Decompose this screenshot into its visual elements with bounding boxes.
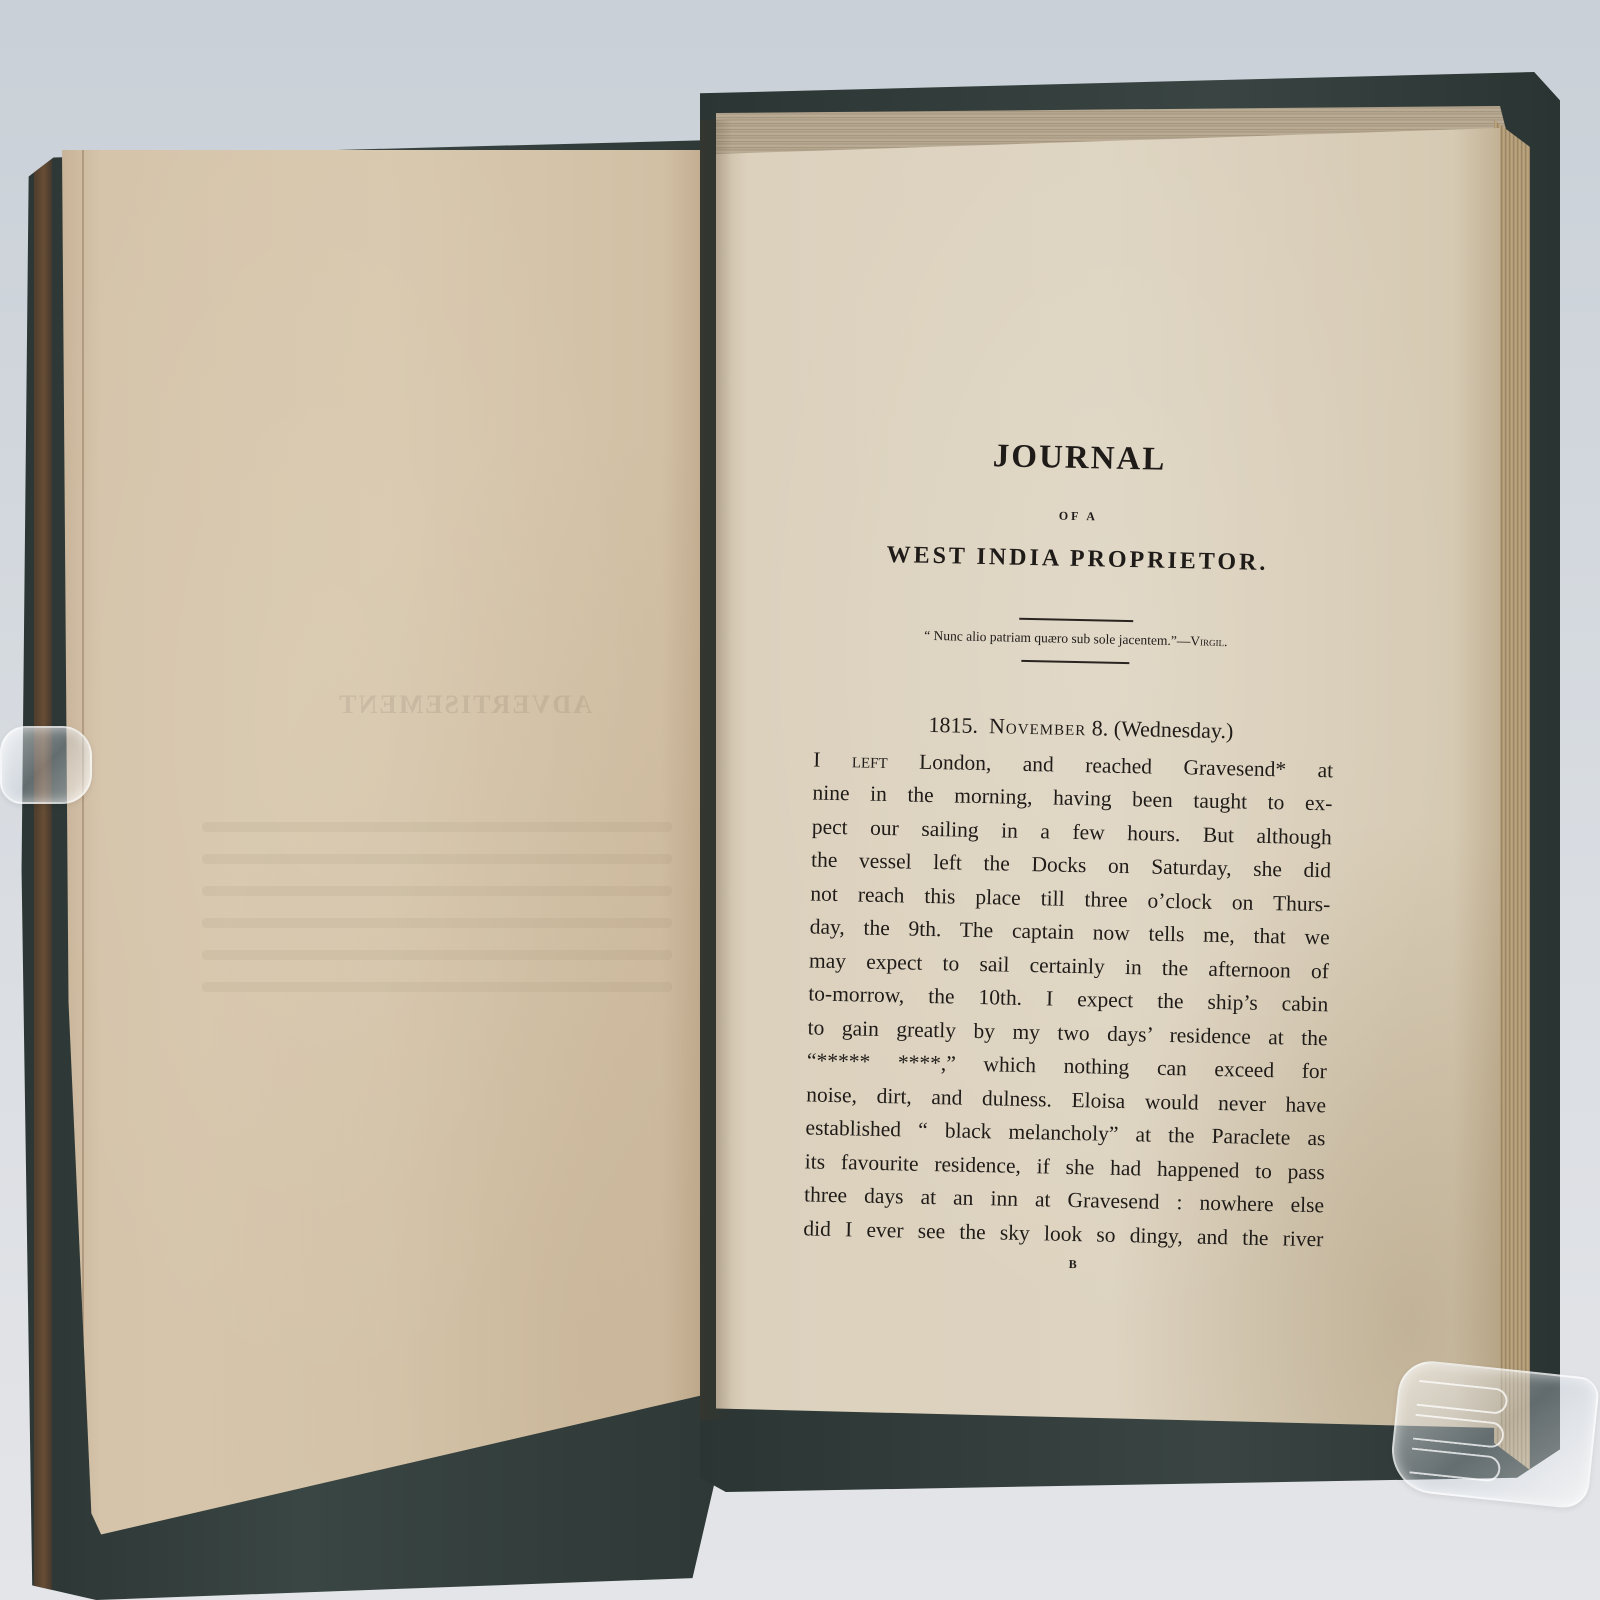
entry-year: 1815. xyxy=(928,711,978,737)
epigraph-quote: “ Nunc alio patriam quæro sub sole jacen… xyxy=(924,628,1177,648)
left-blank-page: ADVERTISEMENT xyxy=(62,150,714,1570)
show-through-lines xyxy=(202,800,672,1014)
journal-entry-body: I left London, and reached Gravesend* at… xyxy=(803,743,1333,1256)
page-clip-right xyxy=(1388,1358,1600,1510)
page-clip-left xyxy=(0,726,92,804)
show-through-text: ADVERTISEMENT xyxy=(292,690,592,720)
body-line-text: London, and reached Gravesend* at xyxy=(887,749,1333,782)
entry-weekday: (Wednesday.) xyxy=(1114,715,1234,742)
photo-scene: ADVERTISEMENT JOURNAL OF A WEST INDIA PR… xyxy=(0,0,1600,1600)
entry-heading: 1815. November 8. (Wednesday.) xyxy=(814,709,1334,746)
clip-ridge xyxy=(1417,1380,1509,1415)
epigraph: “ Nunc alio patriam quæro sub sole jacen… xyxy=(816,626,1336,653)
drop-lead-smallcaps: I left xyxy=(813,747,888,773)
gutter-shadow xyxy=(700,120,732,1420)
title-connector: OF A xyxy=(818,504,1338,530)
clip-ridge xyxy=(1409,1448,1501,1483)
epigraph-dash: — xyxy=(1177,633,1191,648)
title-rule-bottom xyxy=(1021,660,1129,664)
page-subtitle: WEST INDIA PROPRIETOR. xyxy=(817,541,1337,579)
entry-day: 8. xyxy=(1092,715,1109,740)
clip-ridge xyxy=(1413,1414,1505,1449)
printed-page-content: JOURNAL OF A WEST INDIA PROPRIETOR. “ Nu… xyxy=(803,435,1340,1278)
epigraph-author: Virgil. xyxy=(1190,633,1227,649)
title-rule-top xyxy=(1019,618,1133,622)
entry-month: November xyxy=(989,713,1087,740)
